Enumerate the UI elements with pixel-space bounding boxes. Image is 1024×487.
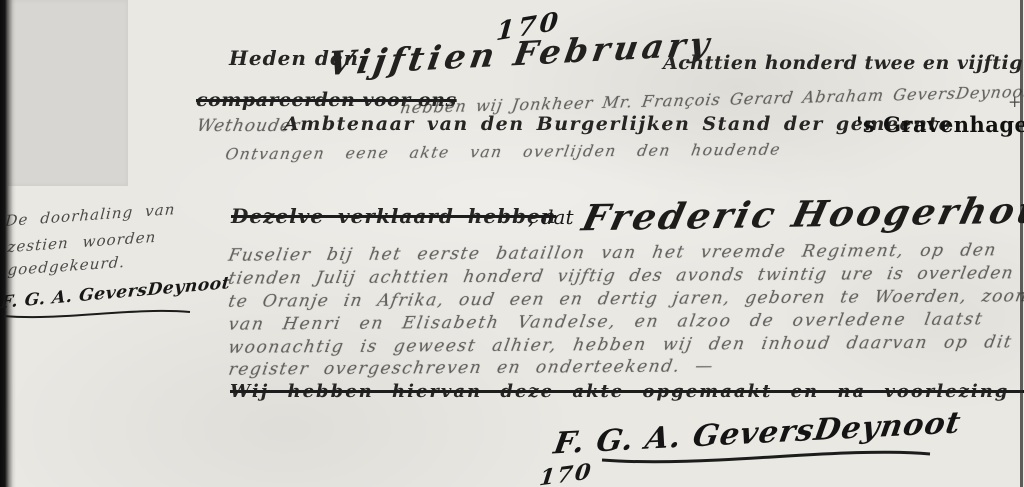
printed-year: Achttien honderd twee en vijftig , <box>663 52 1024 74</box>
body-line-5: woonachtig is geweest alhier, hebben wij… <box>227 332 1014 357</box>
act-number-bottom: 170 <box>538 459 594 487</box>
municipality-name: 's Gravenhage: <box>856 112 1024 137</box>
struck-closing-line: Wij hebben hiervan deze akte opgemaakt e… <box>230 381 1024 402</box>
body-line-4: van Henri en Elisabeth Vandelse, en alzo… <box>227 309 985 334</box>
handwritten-ontvangen: Ontvangen eene akte van overlijden den h… <box>224 141 782 164</box>
margin-note-line-3: goedgekeurd. <box>7 253 126 279</box>
margin-signature-flourish <box>2 306 194 320</box>
dat-connector: , dat <box>528 205 573 229</box>
margin-note-line-1: De doorhaling van <box>5 200 176 230</box>
struck-dezelve: Dezelve verklaard hebben <box>231 204 556 228</box>
body-line-2: tienden Julij achttien honderd vijftig d… <box>227 263 1016 288</box>
body-line-1: Fuselier bij het eerste bataillon van he… <box>227 240 999 265</box>
body-line-3: te Oranje in Afrika, oud een en dertig j… <box>227 286 1024 312</box>
printed-ambtenaar: Ambtenaar van den Burgerlijken Stand der… <box>284 113 952 135</box>
margin-note-line-2: zestien woorden <box>7 228 157 256</box>
scanned-death-record: 170 Heden den Vijftien February Achttien… <box>0 0 1024 487</box>
deceased-name: Frederic Hoogerhoud, <box>578 189 1024 240</box>
body-line-6: register overgeschreven en onderteekend.… <box>227 356 716 379</box>
scan-margin-block <box>8 0 128 186</box>
official-signature-flourish <box>598 446 934 466</box>
insertion-mark: + <box>1008 92 1021 111</box>
